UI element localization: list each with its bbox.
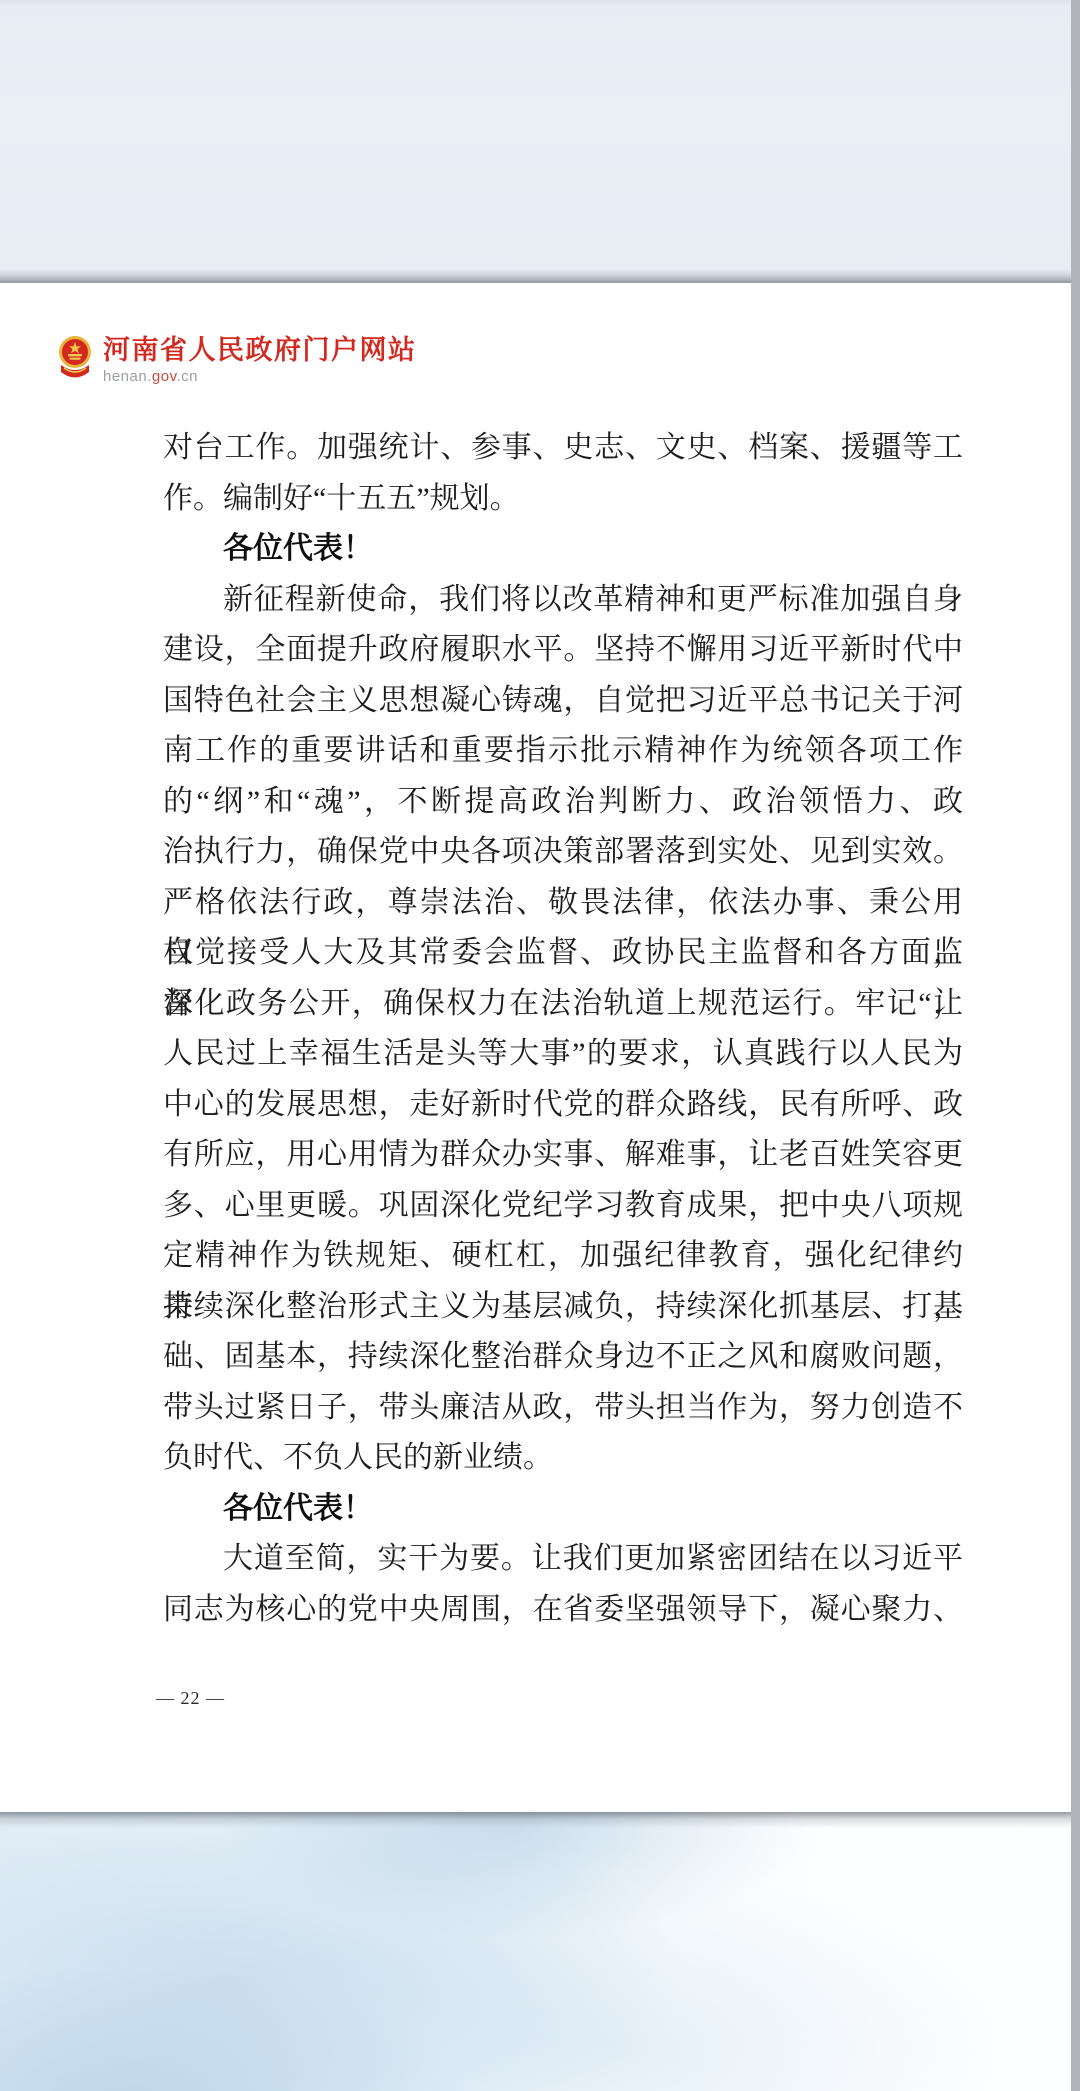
document-line: 多、心里更暖。巩固深化党纪学习教育成果，把中央八项规: [163, 1181, 963, 1232]
document-line: 治执行力，确保党中央各项决策部署落到实处、见到实效。: [163, 827, 963, 878]
document-line: 持续深化整治形式主义为基层减负，持续深化抓基层、打基: [163, 1282, 963, 1333]
document-line: 新征程新使命，我们将以改革精神和更严标准加强自身: [163, 575, 963, 626]
document-line: 南工作的重要讲话和重要指示批示精神作为统领各项工作: [163, 726, 963, 777]
national-emblem-icon: [57, 335, 93, 383]
domain-suffix: .cn: [176, 368, 198, 385]
document-line: 对台工作。加强统计、参事、史志、文史、档案、援疆等工: [163, 423, 963, 474]
document-line: 建设，全面提升政府履职水平。坚持不懈用习近平新时代中: [163, 625, 963, 676]
document-line: 严格依法行政，尊崇法治、敬畏法律，依法办事、秉公用权，: [163, 878, 963, 929]
scrollbar[interactable]: [1071, 0, 1080, 2091]
document-line: 人民过上幸福生活是头等大事”的要求，认真践行以人民为: [163, 1029, 963, 1080]
document-line: 础、固基本，持续深化整治群众身边不正之风和腐败问题，: [163, 1332, 963, 1383]
document-line: 带头过紧日子，带头廉洁从政，带头担当作为，努力创造不: [163, 1383, 963, 1434]
site-title: 河南省人民政府门户网站: [103, 335, 417, 365]
document-page: 河南省人民政府门户网站 henan.gov.cn 对台工作。加强统计、参事、史志…: [0, 283, 1071, 1812]
document-line: 作。编制好“十五五”规划。: [163, 474, 963, 525]
next-page-top: [0, 1812, 1071, 2091]
document-line: 国特色社会主义思想凝心铸魂，自觉把习近平总书记关于河: [163, 676, 963, 727]
domain-prefix: henan.: [103, 368, 152, 385]
document-line: 有所应，用心用情为群众办实事、解难事，让老百姓笑容更: [163, 1130, 963, 1181]
document-heading: 各位代表！: [163, 524, 963, 575]
document-body: 对台工作。加强统计、参事、史志、文史、档案、援疆等工 作。编制好“十五五”规划。…: [163, 423, 963, 1635]
site-logo: 河南省人民政府门户网站 henan.gov.cn: [57, 335, 417, 386]
document-line: 负时代、不负人民的新业绩。: [163, 1433, 963, 1484]
document-line: 的“纲”和“魂”，不断提高政治判断力、政治领悟力、政: [163, 777, 963, 828]
site-domain: henan.gov.cn: [103, 368, 417, 386]
document-heading: 各位代表！: [163, 1484, 963, 1535]
page-bottom-shadow: [0, 1812, 1071, 1828]
page-number: — 22 —: [156, 1688, 225, 1709]
document-line: 大道至简，实干为要。让我们更加紧密团结在以习近平: [163, 1534, 963, 1585]
document-viewer: 河南省人民政府门户网站 henan.gov.cn 对台工作。加强统计、参事、史志…: [0, 0, 1080, 2091]
document-line: 中心的发展思想，走好新时代党的群众路线，民有所呼、政: [163, 1080, 963, 1131]
document-line: 同志为核心的党中央周围，在省委坚强领导下，凝心聚力、: [163, 1585, 963, 1636]
domain-highlight: gov: [152, 368, 177, 385]
document-line: 深化政务公开，确保权力在法治轨道上规范运行。牢记“让: [163, 979, 963, 1030]
document-line: 自觉接受人大及其常委会监督、政协民主监督和各方面监督，: [163, 928, 963, 979]
previous-page-bottom: [0, 0, 1071, 283]
document-line: 定精神作为铁规矩、硬杠杠，加强纪律教育，强化纪律约束，: [163, 1231, 963, 1282]
site-logo-text: 河南省人民政府门户网站 henan.gov.cn: [103, 335, 417, 386]
